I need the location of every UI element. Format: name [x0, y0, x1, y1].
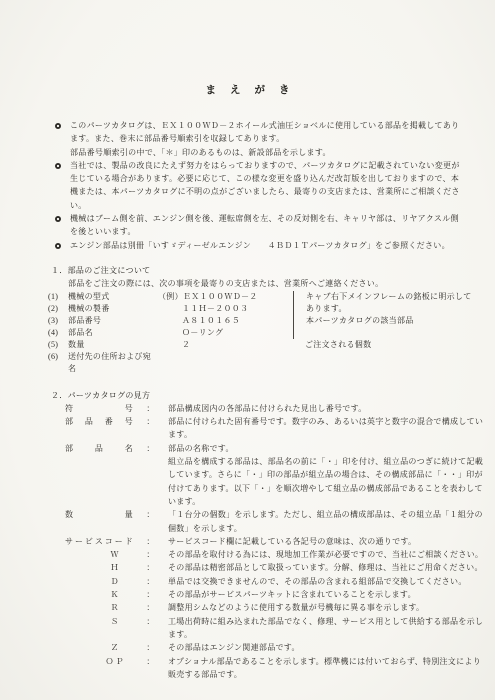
service-code-description: その部品がサービスパーツキットに含まれていることを示します。: [168, 588, 495, 601]
term-row-suryo: 数量 ： 「１台分の個数」を示します。ただし、組立品の構成部品は、その組立品「１…: [65, 508, 495, 535]
order-row-number: (1): [48, 291, 68, 303]
colon-separator: ：: [133, 508, 168, 535]
service-code-description: オプショナル部品であることを示します。標準機には付いておらず、特別注文により 販…: [168, 655, 495, 682]
order-row-6: (6) 送付先の住所および宛名: [48, 351, 495, 375]
order-row-number: (4): [48, 327, 68, 339]
term-description: サービスコード欄に記載している各記号の意味は、次の通りです。: [168, 535, 495, 548]
order-row-note: キャブ右下メインフレームの銘板に明示して: [293, 291, 495, 303]
service-code-description: 単品では交換できませんので、その部品の含まれる組部品で交換してください。: [168, 575, 495, 588]
service-code-description: その部品は精密部品として取扱っています。分解、修理は、当社にご用命ください。: [168, 561, 495, 574]
term-row-buhin-bango: 部品番号 ： 部品に付けられた固有番号です。数字のみ、あるいは英字と数字の混合で…: [65, 415, 495, 442]
colon-separator: ：: [133, 641, 168, 654]
service-code-row-r: Ｒ ： 調整用シムなどのように使用する数量が号機毎に異る事を示します。: [98, 601, 495, 614]
service-code-row-s: Ｓ ： 工場出荷時に組み込まれた部品でなく、修理、サービス用として供給する部品を…: [98, 615, 495, 642]
service-code-description: 工場出荷時に組み込まれた部品でなく、修理、サービス用として供給する部品を示し ま…: [168, 615, 495, 642]
preface-bullet-4-text: エンジン部品は別冊「いすゞディーゼルエンジン ４ＢＤ１Ｔパーツカタログ」をご参照…: [70, 239, 465, 252]
colon-separator: ：: [133, 561, 168, 574]
colon-separator: ：: [133, 655, 168, 682]
preface-bullet-3-text: 機械はブーム側を前、エンジン側を後、運転席側を左、その反対側を右、キャリヤ部は、…: [70, 212, 465, 239]
service-code-row-k: Ｋ ： その部品がサービスパーツキットに含まれていることを示します。: [98, 588, 495, 601]
legend-section: ２．パーツカタログの見方 符号 ： 部品構成図内の各部品に付けられた見出し番号で…: [0, 389, 495, 682]
preface-bullet-2: 当社では、製品の改良にたえず努力をはらっておりますので、パーツカタログに記載され…: [55, 159, 495, 212]
fisheye-bullet-icon: [55, 123, 61, 129]
order-row-value: Ａ８１０１６５: [158, 315, 293, 327]
colon-separator: ：: [133, 548, 168, 561]
order-row-label: 部品番号: [68, 315, 158, 327]
fisheye-bullet-icon: [55, 216, 61, 222]
ordering-section: １．部品のご注文について 部品をご注文の際には、次の事項を最寄りの支店または、営…: [0, 264, 495, 375]
order-row-value: ２: [158, 339, 293, 351]
order-row-3: (3) 部品番号 Ａ８１０１６５ 本パーツカタログの該当部品: [48, 315, 495, 327]
service-code-letter: Ｚ: [98, 641, 133, 654]
colon-separator: ：: [133, 601, 168, 614]
order-row-label: 機械の型式: [68, 291, 158, 303]
service-code-letter: ＯＰ: [98, 655, 133, 682]
section1-intro: 部品をご注文の際には、次の事項を最寄りの支店または、営業所へご連絡ください。: [68, 277, 495, 290]
order-row-label: 部品名: [68, 327, 158, 339]
colon-separator: ：: [133, 442, 168, 508]
order-row-1: (1) 機械の型式 （例）ＥＸ１００ＷＤ－２ キャブ右下メインフレームの銘板に明…: [48, 291, 495, 303]
order-row-note: 本パーツカタログの該当部品: [293, 315, 495, 327]
term-row-buhin-mei: 部品名 ： 部品の名称です。 組立品を構成する部品は、部品名の前に「・」印を付け…: [65, 442, 495, 508]
term-row-fugo: 符号 ： 部品構成図内の各部品に付けられた見出し番号です。: [65, 402, 495, 415]
preface-bullet-3: 機械はブーム側を前、エンジン側を後、運転席側を左、その反対側を右、キャリヤ部は、…: [55, 212, 495, 239]
service-code-row-op: ＯＰ ： オプショナル部品であることを示します。標準機には付いておらず、特別注文…: [98, 655, 495, 682]
term-label: 数量: [65, 508, 133, 535]
preface-bullet-1-text: このパーツカタログは、ＥＸ１００ＷＤ－２ホイール式油圧ショベルに使用している部品…: [70, 119, 465, 159]
term-description: 「１台分の個数」を示します。ただし、組立品の構成部品は、その組立品「１組分の 個…: [168, 508, 495, 535]
colon-separator: ：: [133, 402, 168, 415]
order-row-value: Ｏ－リング: [158, 327, 293, 339]
colon-separator: ：: [133, 615, 168, 642]
service-code-description: その部品を取付ける為には、現地加工作業が必要ですので、当社にご相談ください。: [168, 548, 495, 561]
service-code-letter: Ｈ: [98, 561, 133, 574]
preface-bullet-1: このパーツカタログは、ＥＸ１００ＷＤ－２ホイール式油圧ショベルに使用している部品…: [55, 119, 495, 159]
colon-separator: ：: [133, 588, 168, 601]
fisheye-bullet-icon: [55, 243, 61, 249]
term-description: 部品構成図内の各部品に付けられた見出し番号です。: [168, 402, 495, 415]
order-row-label: 送付先の住所および宛名: [68, 351, 158, 375]
term-label: サービスコード: [65, 535, 133, 548]
scanned-preface-page: まえがき このパーツカタログは、ＥＸ１００ＷＤ－２ホイール式油圧ショベルに使用し…: [0, 0, 495, 700]
term-description: 部品の名称です。 組立品を構成する部品は、部品名の前に「・」印を付け、組立品のつ…: [168, 442, 495, 508]
term-label: 部品名: [65, 442, 133, 508]
colon-separator: ：: [133, 535, 168, 548]
service-code-row-w: Ｗ ： その部品を取付ける為には、現地加工作業が必要ですので、当社にご相談くださ…: [98, 548, 495, 561]
service-code-description: 調整用シムなどのように使用する数量が号機毎に異る事を示します。: [168, 601, 495, 614]
preface-bullet-4: エンジン部品は別冊「いすゞディーゼルエンジン ４ＢＤ１Ｔパーツカタログ」をご参照…: [55, 239, 495, 252]
service-code-letter: Ｓ: [98, 615, 133, 642]
section1-heading: １．部品のご注文について: [51, 264, 495, 277]
service-code-letter: Ｗ: [98, 548, 133, 561]
service-code-row-h: Ｈ ： その部品は精密部品として取扱っています。分解、修理は、当社にご用命くださ…: [98, 561, 495, 574]
order-row-4: (4) 部品名 Ｏ－リング: [48, 327, 495, 339]
order-row-note: ご注文される個数: [293, 339, 495, 351]
order-row-number: (2): [48, 303, 68, 315]
service-code-letter: Ｋ: [98, 588, 133, 601]
preface-bullet-2-text: 当社では、製品の改良にたえず努力をはらっておりますので、パーツカタログに記載され…: [70, 159, 465, 212]
service-code-letter: Ｒ: [98, 601, 133, 614]
service-code-description: その部品はエンジン関連部品です。: [168, 641, 495, 654]
order-row-note: [293, 351, 495, 375]
order-row-value: （例）ＥＸ１００ＷＤ－２: [158, 291, 293, 303]
order-row-number: (3): [48, 315, 68, 327]
service-code-row-d: Ｄ ： 単品では交換できませんので、その部品の含まれる組部品で交換してください。: [98, 575, 495, 588]
colon-separator: ：: [133, 575, 168, 588]
fisheye-bullet-icon: [55, 163, 61, 169]
order-row-number: (6): [48, 351, 68, 375]
term-label: 部品番号: [65, 415, 133, 442]
term-row-service-code: サービスコード ： サービスコード欄に記載している各記号の意味は、次の通りです。: [65, 535, 495, 548]
page-title: まえがき: [0, 0, 495, 98]
preface-bullet-list: このパーツカタログは、ＥＸ１００ＷＤ－２ホイール式油圧ショベルに使用している部品…: [0, 119, 495, 252]
order-row-note: [293, 327, 495, 339]
order-row-note: あります。: [293, 303, 495, 315]
order-row-number: (5): [48, 339, 68, 351]
order-row-value: １１Ｈ－２００３: [158, 303, 293, 315]
order-row-label: 機械の製番: [68, 303, 158, 315]
term-description: 部品に付けられた固有番号です。数字のみ、あるいは英字と数字の混合で構成してい ま…: [168, 415, 495, 442]
order-row-2: (2) 機械の製番 １１Ｈ－２００３ あります。: [48, 303, 495, 315]
service-code-letter: Ｄ: [98, 575, 133, 588]
order-row-label: 数量: [68, 339, 158, 351]
colon-separator: ：: [133, 415, 168, 442]
order-row-value: [158, 351, 293, 375]
section2-heading: ２．パーツカタログの見方: [51, 389, 495, 402]
order-row-5: (5) 数量 ２ ご注文される個数: [48, 339, 495, 351]
term-label: 符号: [65, 402, 133, 415]
service-code-row-z: Ｚ ： その部品はエンジン関連部品です。: [98, 641, 495, 654]
